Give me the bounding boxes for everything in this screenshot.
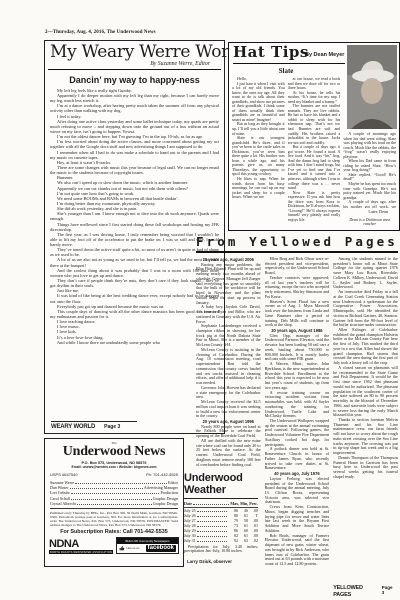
paragraph: A Warren, Minn., native, John Bjerklann,… (265, 362, 330, 390)
hat-tips-title: Hat Tips (233, 43, 309, 61)
masthead-address: P.O. Box 575, Underwood, ND 58576 (45, 461, 183, 465)
masthead-box: The Underwood News P.O. Box 575, Underwo… (44, 438, 184, 567)
paragraph: Things have mellowed since I first start… (50, 222, 219, 232)
paragraph: The first year, as I was driving home, I… (50, 232, 219, 247)
paragraph: Glen Opp, manager of the Underwood Farme… (265, 334, 330, 362)
paragraph: A rescue training course on extracting a… (265, 391, 330, 419)
columnist-note: Dean is a Dickinson area rancher (343, 218, 396, 227)
yellowed-jump-line: YELLOWED PAGES Page 3 (333, 585, 398, 598)
paragraph: After doing one active class yesterday a… (50, 119, 219, 134)
hat-tips-col-1: Hello,I just hate it when I visit with a… (232, 77, 285, 227)
paragraph: Apparently I do deeper motion with my le… (50, 93, 219, 103)
page-folio: 2—Thursday, Aug. 4, 2016, The Underwood … (45, 30, 156, 35)
paragraph: at our house, we read a book and then we… (288, 77, 341, 91)
weather-observer: Larry Dziuk, observer (184, 559, 258, 564)
paragraph: They don’t care if people think they’re … (50, 278, 219, 288)
weather-title: Underwood Weather (184, 472, 258, 499)
paragraph: The Underwood Wallopers wrapped up the s… (265, 419, 330, 447)
hat-tips-col-2: at our house, we read a book and then we… (288, 77, 341, 227)
paragraph: I’m at a dance workshop, after having pr… (50, 103, 219, 113)
paragraph: Layton Freborg was elected president of … (265, 477, 330, 505)
paragraph: Governor John Hoeven has declared a stat… (196, 386, 261, 400)
header-rule (233, 63, 345, 64)
paragraph: Dennis Thompson of the Thompson Funeral … (333, 456, 398, 480)
ndna-wordmark: NDNA (49, 539, 113, 550)
hat-tips-headline: Slate (229, 67, 343, 75)
usps-number: USPS #647540 (50, 472, 78, 477)
weary-world-masthead: My Weary Werre World By Suzanne Werre, E… (48, 43, 221, 70)
paragraph: McLean County received the $2.5 million … (196, 400, 261, 419)
paragraph: At his house, he tells his mother, “It’s… (288, 91, 341, 105)
paragraph: He likes to nap. When he winds down from… (232, 177, 285, 200)
masthead-meta-row: USPS #647540 Ph: 701-442-5525 (45, 472, 183, 477)
weather-rows: July 258646.00July 268061TJuly 277958.00… (184, 508, 258, 543)
weather-table: Date Max, Min, Prec. July 258646.00July … (184, 501, 258, 543)
jump-tag: WEARY WORLD (51, 424, 95, 430)
like-us-label: Like us on (119, 545, 139, 551)
paragraph: Stephanie Landenberger received a champi… (196, 324, 261, 348)
paragraph: There are some changes with music this y… (50, 165, 219, 175)
paragraph: Ellen Berg and Rick Olson were re-electe… (265, 257, 330, 276)
publication-fine-print: Published every Thursday by BHG, Inc., P… (50, 508, 178, 527)
dot-leader (193, 504, 229, 505)
masthead-logos: NDNA NORTH DAKOTA NEWSPAPER ASSOCIATION … (49, 537, 179, 554)
weather-report: Underwood Weather Date Max, Min, Prec. J… (184, 472, 258, 564)
jump-page: Page 3 (104, 424, 120, 430)
paragraph: A couple of mornings ago when his dad we… (343, 132, 396, 159)
thumbs-up-icon (119, 545, 125, 551)
paragraph: They’ve toned down the active stuff quit… (50, 247, 219, 257)
weather-precip-note: Precipitation for July, 3.40 inches; pre… (184, 545, 258, 554)
jump-page: Page 3 (382, 585, 394, 595)
paragraph: I just hate it when I visit with a lot o… (232, 82, 285, 123)
staff-list: Suzanne WerreEditorDan WinterAdvertising… (50, 480, 178, 507)
phone-number: Ph: 701-442-5525 (146, 472, 178, 477)
paragraph: Slate is our youngest grandchild. He’s t… (232, 136, 285, 177)
paragraph: An ironworker died Friday in a fall at t… (333, 290, 398, 328)
paragraph: All are thrilled with the new mine site … (196, 439, 261, 467)
paragraph: Among the students named to the presiden… (333, 257, 398, 290)
paragraph: When his Dad came in from riding he aske… (343, 159, 396, 173)
paragraph: Bob Boals, manager of Farmers Elevator U… (265, 534, 330, 567)
weather-title-line1: Underwood (184, 472, 258, 484)
paragraph: And while I know there are undoubtedly s… (50, 340, 219, 345)
facebook-badge-body: Like us on facebook (117, 544, 178, 553)
weary-world-jump-line: WEARY WORLD Page 3 (51, 421, 137, 430)
masthead-title: Underwood News (45, 445, 183, 459)
paragraph: A lot of us are also not as young as we … (50, 257, 219, 267)
weather-values-header: Max, Min, Prec. (230, 501, 258, 506)
paragraph: It was kind of like being at the best we… (50, 293, 219, 303)
facebook-badge: BHG’s ND Community Newspapers Like us on… (116, 537, 179, 554)
paragraph: Teacher contracts were approved; all of … (265, 276, 330, 300)
paragraph: A potluck dinner was held at St. Bonaven… (265, 447, 330, 471)
facebook-logo: facebook (146, 545, 176, 552)
ndna-association-bar: NORTH DAKOTA NEWSPAPER ASSOCIATION (49, 550, 113, 554)
jump-tag: YELLOWED PAGES (333, 585, 374, 598)
newspaper-page: 2—Thursday, Aug. 4, 2016, The Underwood … (0, 0, 400, 600)
paragraph: She’s younger than I am. I knew enough n… (50, 211, 219, 221)
paragraph: But a couple of days ago, it got worse. … (288, 145, 341, 190)
weather-title-line2: Weather (184, 484, 258, 496)
weary-world-title: My Weary Werre World (50, 44, 219, 62)
paragraph: I’m less worried about doing the active … (50, 139, 219, 149)
paragraph: Thanks to section foreman Melvin Thurese… (333, 418, 398, 456)
paragraph: Allen Eslinger of Coleharbor exhibited t… (333, 328, 398, 366)
paragraph: Nearly 800 people were on hand at the Fa… (196, 425, 261, 439)
hat-tips-col-3-text: A couple of mornings ago when his dad we… (343, 132, 396, 208)
staff-row: Crystal AlbrechtGraphic Design (50, 501, 178, 506)
weather-date-header: Date (184, 501, 192, 506)
columnist-signoff: Later, Dean (343, 210, 396, 215)
yellowed-col-1: 10 years ago, August 2006Barring any maj… (196, 257, 261, 475)
paragraph: Barring any major problems, the Blue Fli… (196, 263, 261, 306)
paragraph: But as long as they brought it up, I’ll … (232, 122, 285, 136)
yellowed-pages-title: From Yellowed Pages (196, 234, 398, 253)
paragraph: A couple of days ago, after his mother g… (343, 200, 396, 208)
weary-world-headline: Dancin’ my way to happy-ness (47, 75, 222, 85)
paragraph: A baby boy, Jaydon Cole David, was born … (196, 305, 261, 324)
masthead-contact: Email: unews@westriv.com • Website: bhgn… (45, 465, 183, 469)
paragraph: A closed season on pheasants will be rec… (333, 366, 398, 418)
paragraph: This couple days of dancing with all the… (50, 309, 219, 319)
hat-tips-column: Hat Tips By Dean Meyer Slate Hello,I jus… (228, 42, 400, 231)
columnist-photo (347, 45, 397, 129)
weather-row: July 319263.02 (184, 538, 258, 543)
paragraph: And the coolest thing about it was proba… (50, 268, 219, 278)
paragraph: Crews from Kern Construction, Minot, beg… (265, 505, 330, 533)
paragraph: Maybe he has spent too much time with Gr… (343, 182, 396, 200)
paragraph: McLean County is assisting in the cleani… (196, 348, 261, 386)
yellowed-col-3: Among the students named to the presiden… (333, 257, 398, 600)
paragraph: The bunnies are not stuffed animals. The… (288, 104, 341, 145)
paragraph: Now Slate is pretty expressive. If you a… (288, 191, 341, 223)
yellowed-col-3-text: Among the students named to the presiden… (333, 257, 398, 587)
ndna-logo: NDNA NORTH DAKOTA NEWSPAPER ASSOCIATION (49, 537, 113, 554)
paragraph: Heaven’s Scent Floral has a new owner as… (265, 300, 330, 328)
like-us-text: Like us on (127, 547, 140, 550)
subscription-line: For Subscription Rates: Call 701-442-553… (45, 529, 183, 535)
hat-tips-byline: By Dean Meyer (305, 52, 344, 58)
yellowed-col-2: Ellen Berg and Rick Olson were re-electe… (265, 257, 330, 600)
paragraph: I remember when all I had to do was make… (50, 150, 219, 160)
